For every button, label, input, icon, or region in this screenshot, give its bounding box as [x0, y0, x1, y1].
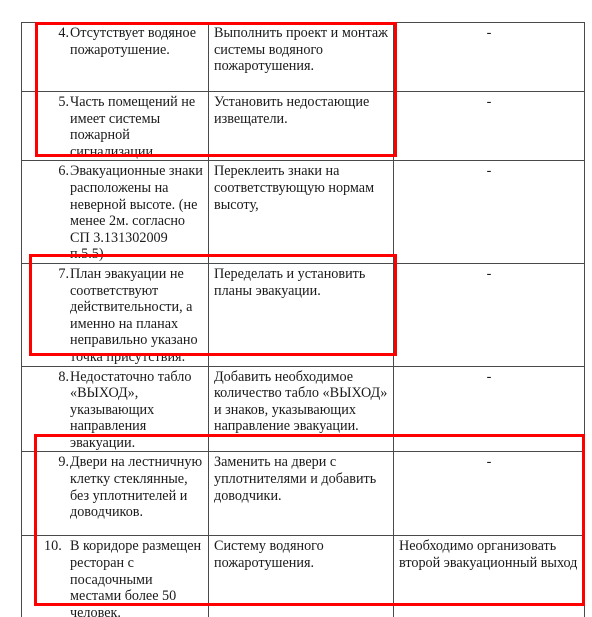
note-cell: - — [394, 23, 585, 92]
issue-text: Отсутствует водяное пожаротушение. — [70, 25, 196, 58]
fix-cell: Переделать и установить планы эвакуации. — [209, 263, 394, 366]
document-page: 4. Отсутствует водяное пожаротушение. Вы… — [0, 0, 592, 617]
note-text: - — [487, 25, 492, 41]
issue-cell: 7. План эвакуации не соответствуют дейст… — [22, 263, 209, 366]
note-text: - — [487, 266, 492, 282]
note-cell: - — [394, 161, 585, 264]
table-row: 5. Часть помещений не имеет системы пожа… — [22, 92, 585, 161]
fix-cell: Систему водяного пожаротушения. — [209, 536, 394, 617]
table-row: 10. В коридоре размещен ресторан с посад… — [22, 536, 585, 617]
fix-cell: Добавить необходимое количество табло «В… — [209, 366, 394, 452]
table-row: 4. Отсутствует водяное пожаротушение. Вы… — [22, 23, 585, 92]
note-text: Необходимо организовать второй эвакуацио… — [399, 538, 577, 571]
fix-cell: Выполнить проект и монтаж системы водяно… — [209, 23, 394, 92]
issue-text: Двери на лестничную клетку стеклянные, б… — [70, 454, 202, 520]
note-cell: - — [394, 366, 585, 452]
fix-text: Добавить необходимое количество табло «В… — [214, 369, 387, 435]
note-text: - — [487, 454, 492, 470]
issue-cell: 5. Часть помещений не имеет системы пожа… — [22, 92, 209, 161]
note-text: - — [487, 94, 492, 110]
issue-text: В коридоре размещен ресторан с посадочны… — [70, 538, 201, 617]
row-number: 9. — [49, 454, 69, 471]
row-number: 5. — [49, 94, 69, 111]
row-number: 10. — [44, 538, 70, 555]
table-row: 8. Недостаточно табло «ВЫХОД», указывающ… — [22, 366, 585, 452]
table-row: 9. Двери на лестничную клетку стеклянные… — [22, 452, 585, 536]
note-cell: - — [394, 452, 585, 536]
table-row: 6. Эвакуационные знаки расположены на не… — [22, 161, 585, 264]
note-text: - — [487, 163, 492, 179]
issue-cell: 9. Двери на лестничную клетку стеклянные… — [22, 452, 209, 536]
note-text: - — [487, 369, 492, 385]
issue-text: Эвакуационные знаки расположены на невер… — [70, 163, 203, 262]
fix-text: Установить недостающие извещатели. — [214, 94, 369, 127]
fix-text: Переклеить знаки на соответствующую норм… — [214, 163, 374, 212]
issue-cell: 8. Недостаточно табло «ВЫХОД», указывающ… — [22, 366, 209, 452]
issue-text: План эвакуации не соответствуют действит… — [70, 266, 198, 365]
row-number: 6. — [49, 163, 69, 180]
issue-text: Недостаточно табло «ВЫХОД», указывающих … — [70, 369, 191, 451]
issue-text: Часть помещений не имеет системы пожарно… — [70, 94, 195, 160]
fix-text: Переделать и установить планы эвакуации. — [214, 266, 365, 299]
fix-cell: Заменить на двери с уплотнителями и доба… — [209, 452, 394, 536]
row-number: 4. — [49, 25, 69, 42]
issue-cell: 10. В коридоре размещен ресторан с посад… — [22, 536, 209, 617]
table-row: 7. План эвакуации не соответствуют дейст… — [22, 263, 585, 366]
fix-cell: Переклеить знаки на соответствующую норм… — [209, 161, 394, 264]
fire-safety-violations-table: 4. Отсутствует водяное пожаротушение. Вы… — [21, 22, 585, 617]
row-number: 7. — [49, 266, 69, 283]
fix-text: Заменить на двери с уплотнителями и доба… — [214, 454, 376, 503]
note-cell: - — [394, 92, 585, 161]
fix-text: Выполнить проект и монтаж системы водяно… — [214, 25, 388, 74]
note-cell: - — [394, 263, 585, 366]
row-number: 8. — [49, 369, 69, 386]
issue-cell: 6. Эвакуационные знаки расположены на не… — [22, 161, 209, 264]
note-cell: Необходимо организовать второй эвакуацио… — [394, 536, 585, 617]
fix-text: Систему водяного пожаротушения. — [214, 538, 324, 571]
fix-cell: Установить недостающие извещатели. — [209, 92, 394, 161]
issue-cell: 4. Отсутствует водяное пожаротушение. — [22, 23, 209, 92]
